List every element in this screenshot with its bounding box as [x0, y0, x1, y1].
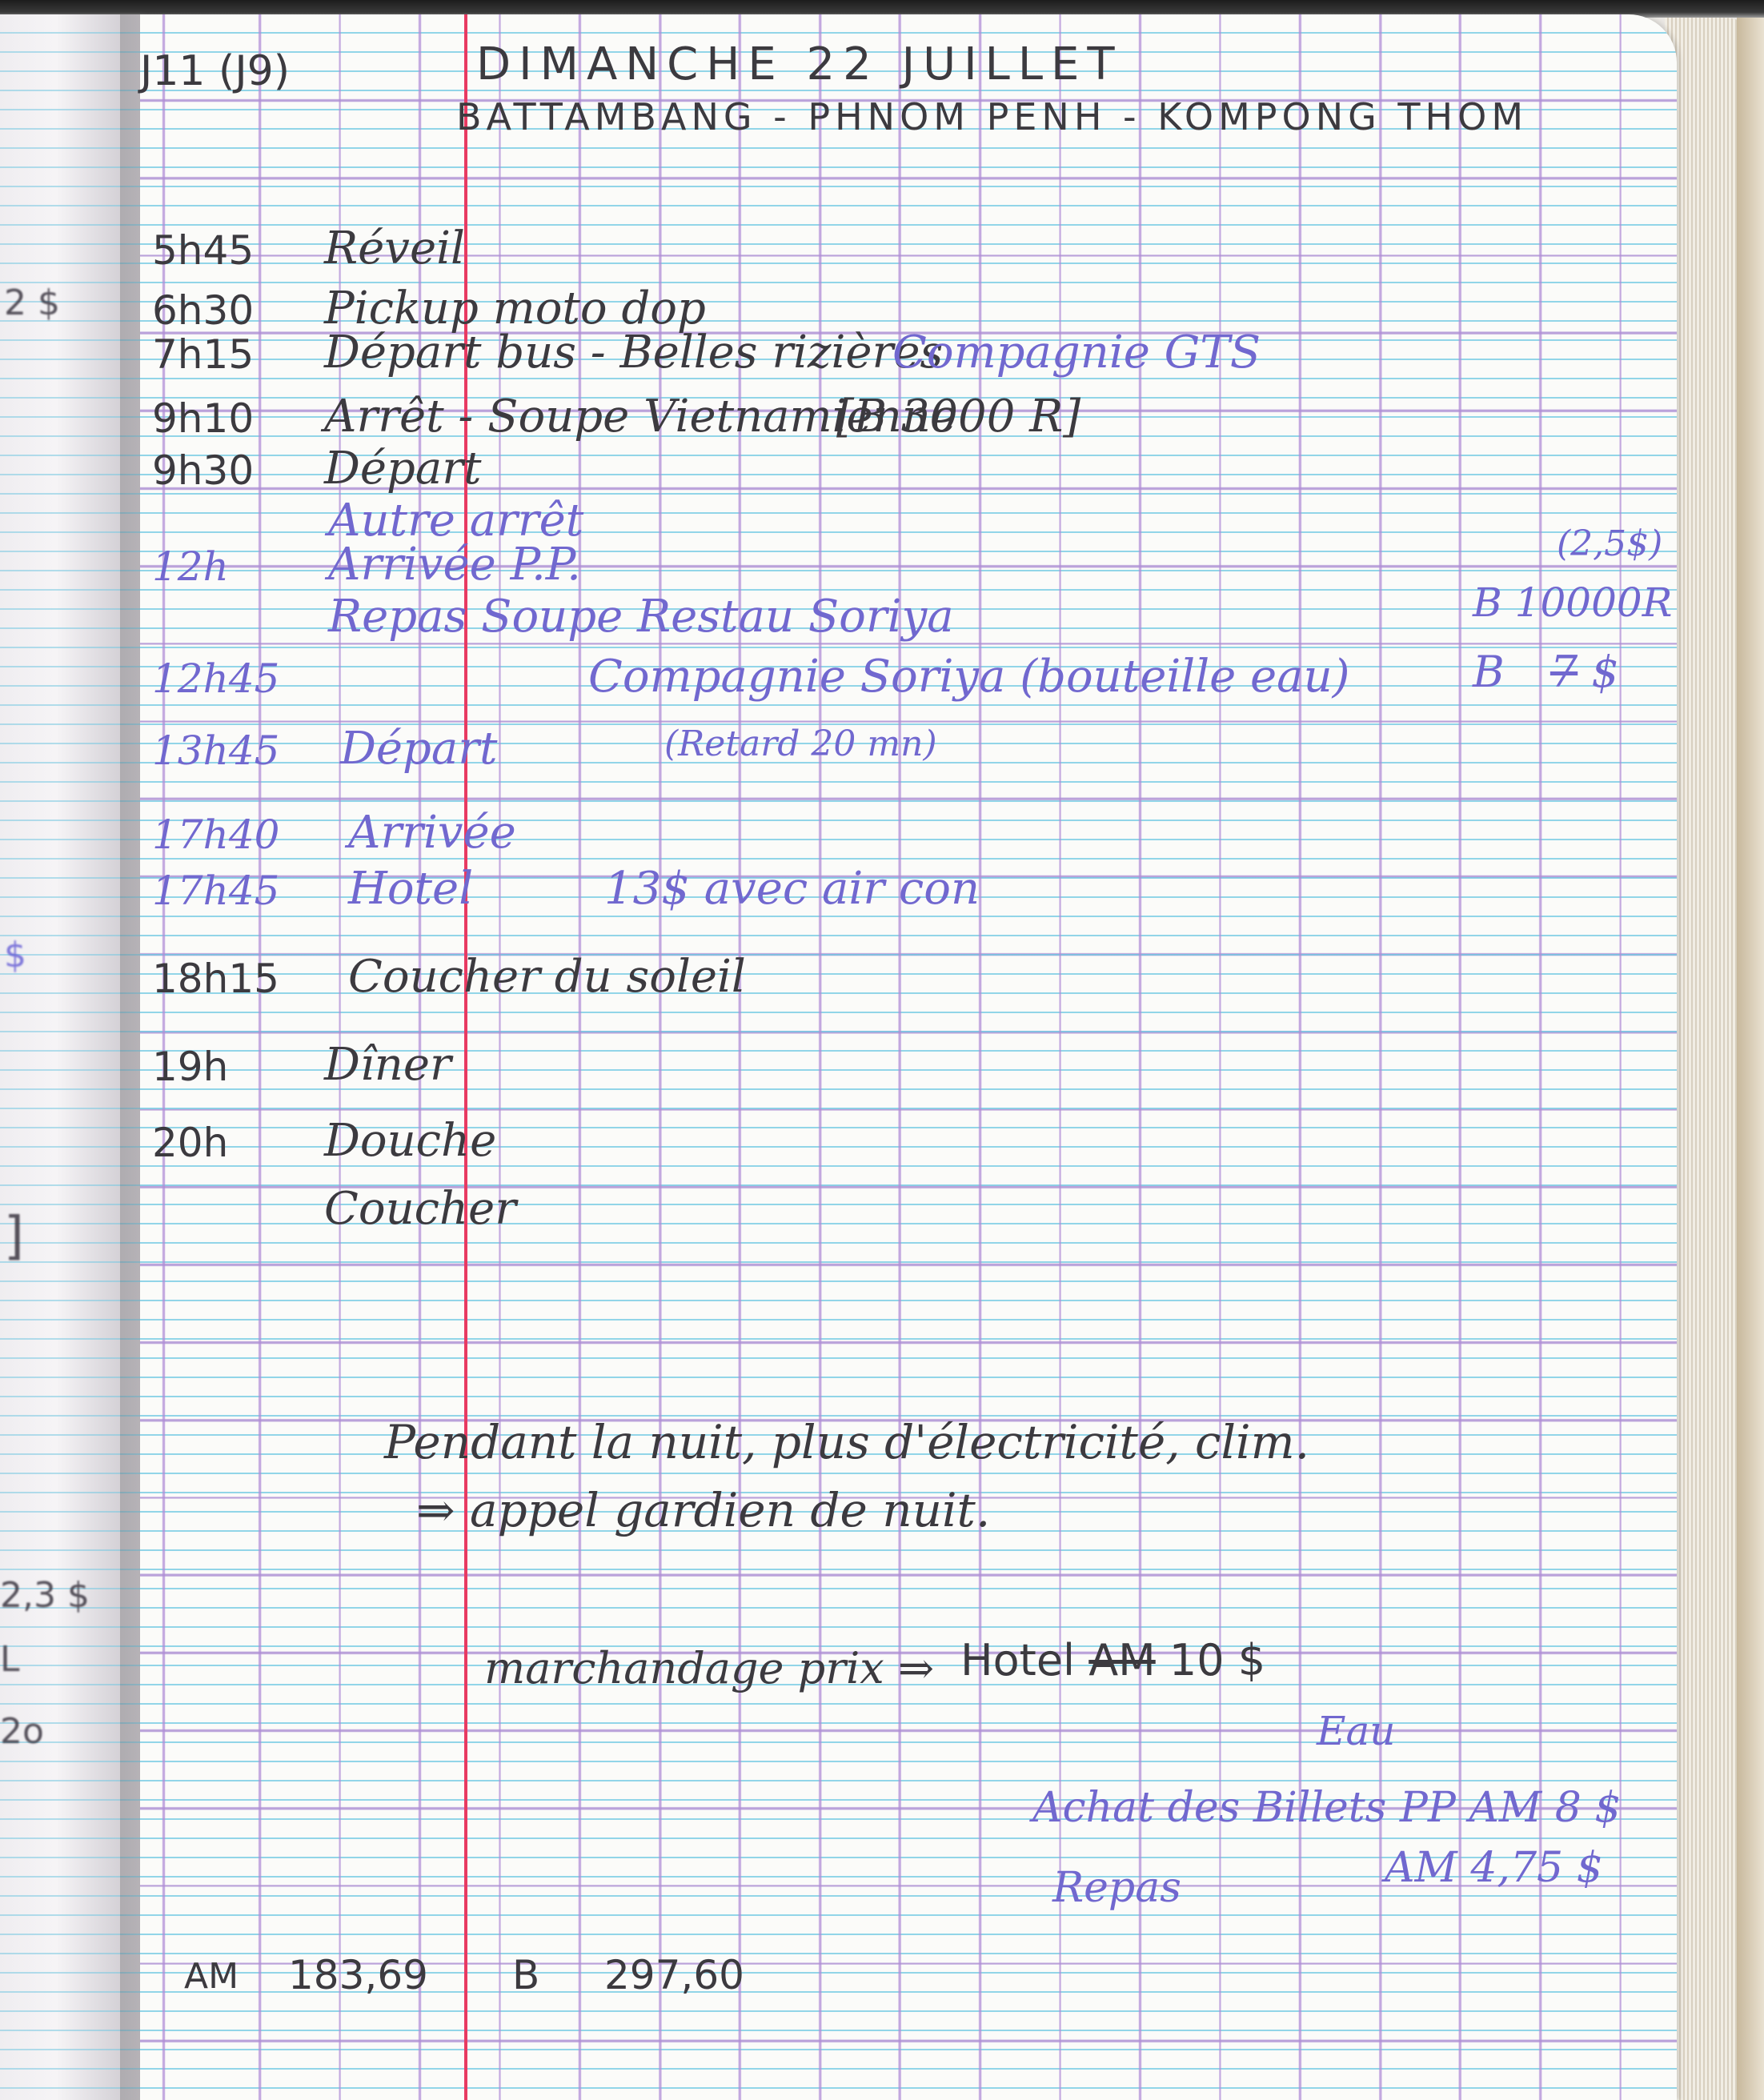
usd-equivalent: (2,5$) — [1557, 527, 1662, 562]
note-meal-label: Repas — [1052, 1867, 1181, 1909]
water-cost-struck: 7 — [1550, 647, 1578, 697]
water-cost-prefix: B — [1473, 647, 1505, 697]
note-meal-value: AM 4,75 $ — [1385, 1847, 1603, 1889]
page-stack-edge — [1665, 18, 1764, 2100]
schedule-time: 12h45 — [152, 659, 279, 699]
header-route: BATTAMBANG - PHNOM PENH - KOMPONG THOM — [456, 98, 1528, 135]
schedule-time: 20h — [152, 1123, 228, 1163]
schedule-entry: Coucher du soleil — [348, 955, 746, 1000]
schedule-entry: Compagnie Soriya (bouteille eau) — [588, 655, 1349, 699]
schedule-entry: Douche — [324, 1119, 496, 1164]
left-page-fragment: 2o — [0, 1711, 44, 1752]
note-ticket-purchase: Achat des Billets PP AM 8 $ — [1032, 1787, 1621, 1829]
total-b-value: 297,60 — [604, 1955, 744, 1995]
schedule-entry: Pickup moto dop — [324, 287, 706, 331]
schedule-entry: Coucher — [324, 1187, 516, 1232]
schedule-time: 13h45 — [152, 731, 279, 771]
total-am-value: 183,69 — [288, 1955, 428, 1995]
schedule-entry: Dîner — [324, 1043, 451, 1088]
hotel-struck-am: AM — [1088, 1635, 1156, 1685]
schedule-entry: Repas Soupe Restau Soriya — [328, 595, 954, 639]
schedule-time: 18h15 — [152, 959, 279, 999]
schedule-entry: Arrivée P.P. — [328, 543, 581, 587]
schedule-time: 5h45 — [152, 230, 254, 271]
header-date: DIMANCHE 22 JUILLET — [476, 42, 1123, 87]
note-night-guard: ⇒ appel gardien de nuit. — [416, 1487, 990, 1533]
note-bargaining-label: marchandage prix ⇒ — [484, 1647, 934, 1690]
water-cost: B 7 $ — [1473, 651, 1619, 694]
note-water: Eau — [1317, 1711, 1396, 1751]
schedule-entry: Arrivée — [348, 811, 516, 856]
left-page-fragment: $ — [4, 935, 26, 976]
left-page-fragment: ] — [4, 1207, 24, 1266]
total-b-label: B — [512, 1955, 539, 1995]
schedule-time: 12h — [152, 547, 229, 587]
schedule-entry: Départ — [324, 447, 482, 491]
schedule-time: 19h — [152, 1047, 228, 1087]
left-page-fragment: 2,3 $ — [0, 1575, 90, 1616]
day-label: J11 (J9) — [140, 50, 290, 92]
schedule-time: 6h30 — [152, 291, 254, 331]
schedule-note: (Retard 20 mn) — [664, 727, 937, 762]
schedule-time: 17h40 — [152, 815, 279, 855]
schedule-time: 9h30 — [152, 451, 254, 491]
schedule-entry: Départ bus - Belles rizières — [324, 331, 943, 375]
left-page-fragment: 2 $ — [4, 283, 60, 323]
left-facing-page: 2 $ $ ] 2,3 $ L 2o — [0, 14, 140, 2100]
schedule-entry: Départ — [340, 727, 498, 771]
schedule-entry: Hotel — [348, 867, 473, 912]
schedule-note: [B 3000 R] — [836, 395, 1080, 439]
lunch-cost: B 10000R — [1473, 583, 1672, 623]
hotel-label: Hotel — [960, 1635, 1075, 1685]
journal-page: J11 (J9) DIMANCHE 22 JUILLET BATTAMBANG … — [140, 14, 1677, 2100]
schedule-time: 9h10 — [152, 399, 254, 439]
water-cost-unit: $ — [1591, 647, 1618, 697]
note-bargaining-result: Hotel AM 10 $ — [960, 1639, 1265, 1682]
hotel-price: 10 $ — [1169, 1635, 1265, 1685]
schedule-entry: Autre arrêt — [328, 499, 583, 543]
total-am-label: AM — [184, 1959, 239, 1994]
schedule-note: Compagnie GTS — [892, 331, 1261, 375]
schedule-time: 17h45 — [152, 871, 279, 911]
schedule-note: 13$ avec air con — [604, 867, 980, 912]
note-power-outage: Pendant la nuit, plus d'électricité, cli… — [384, 1419, 1309, 1465]
schedule-time: 7h15 — [152, 335, 254, 375]
left-page-fragment: L — [0, 1639, 20, 1680]
schedule-entry: Réveil — [324, 226, 465, 271]
